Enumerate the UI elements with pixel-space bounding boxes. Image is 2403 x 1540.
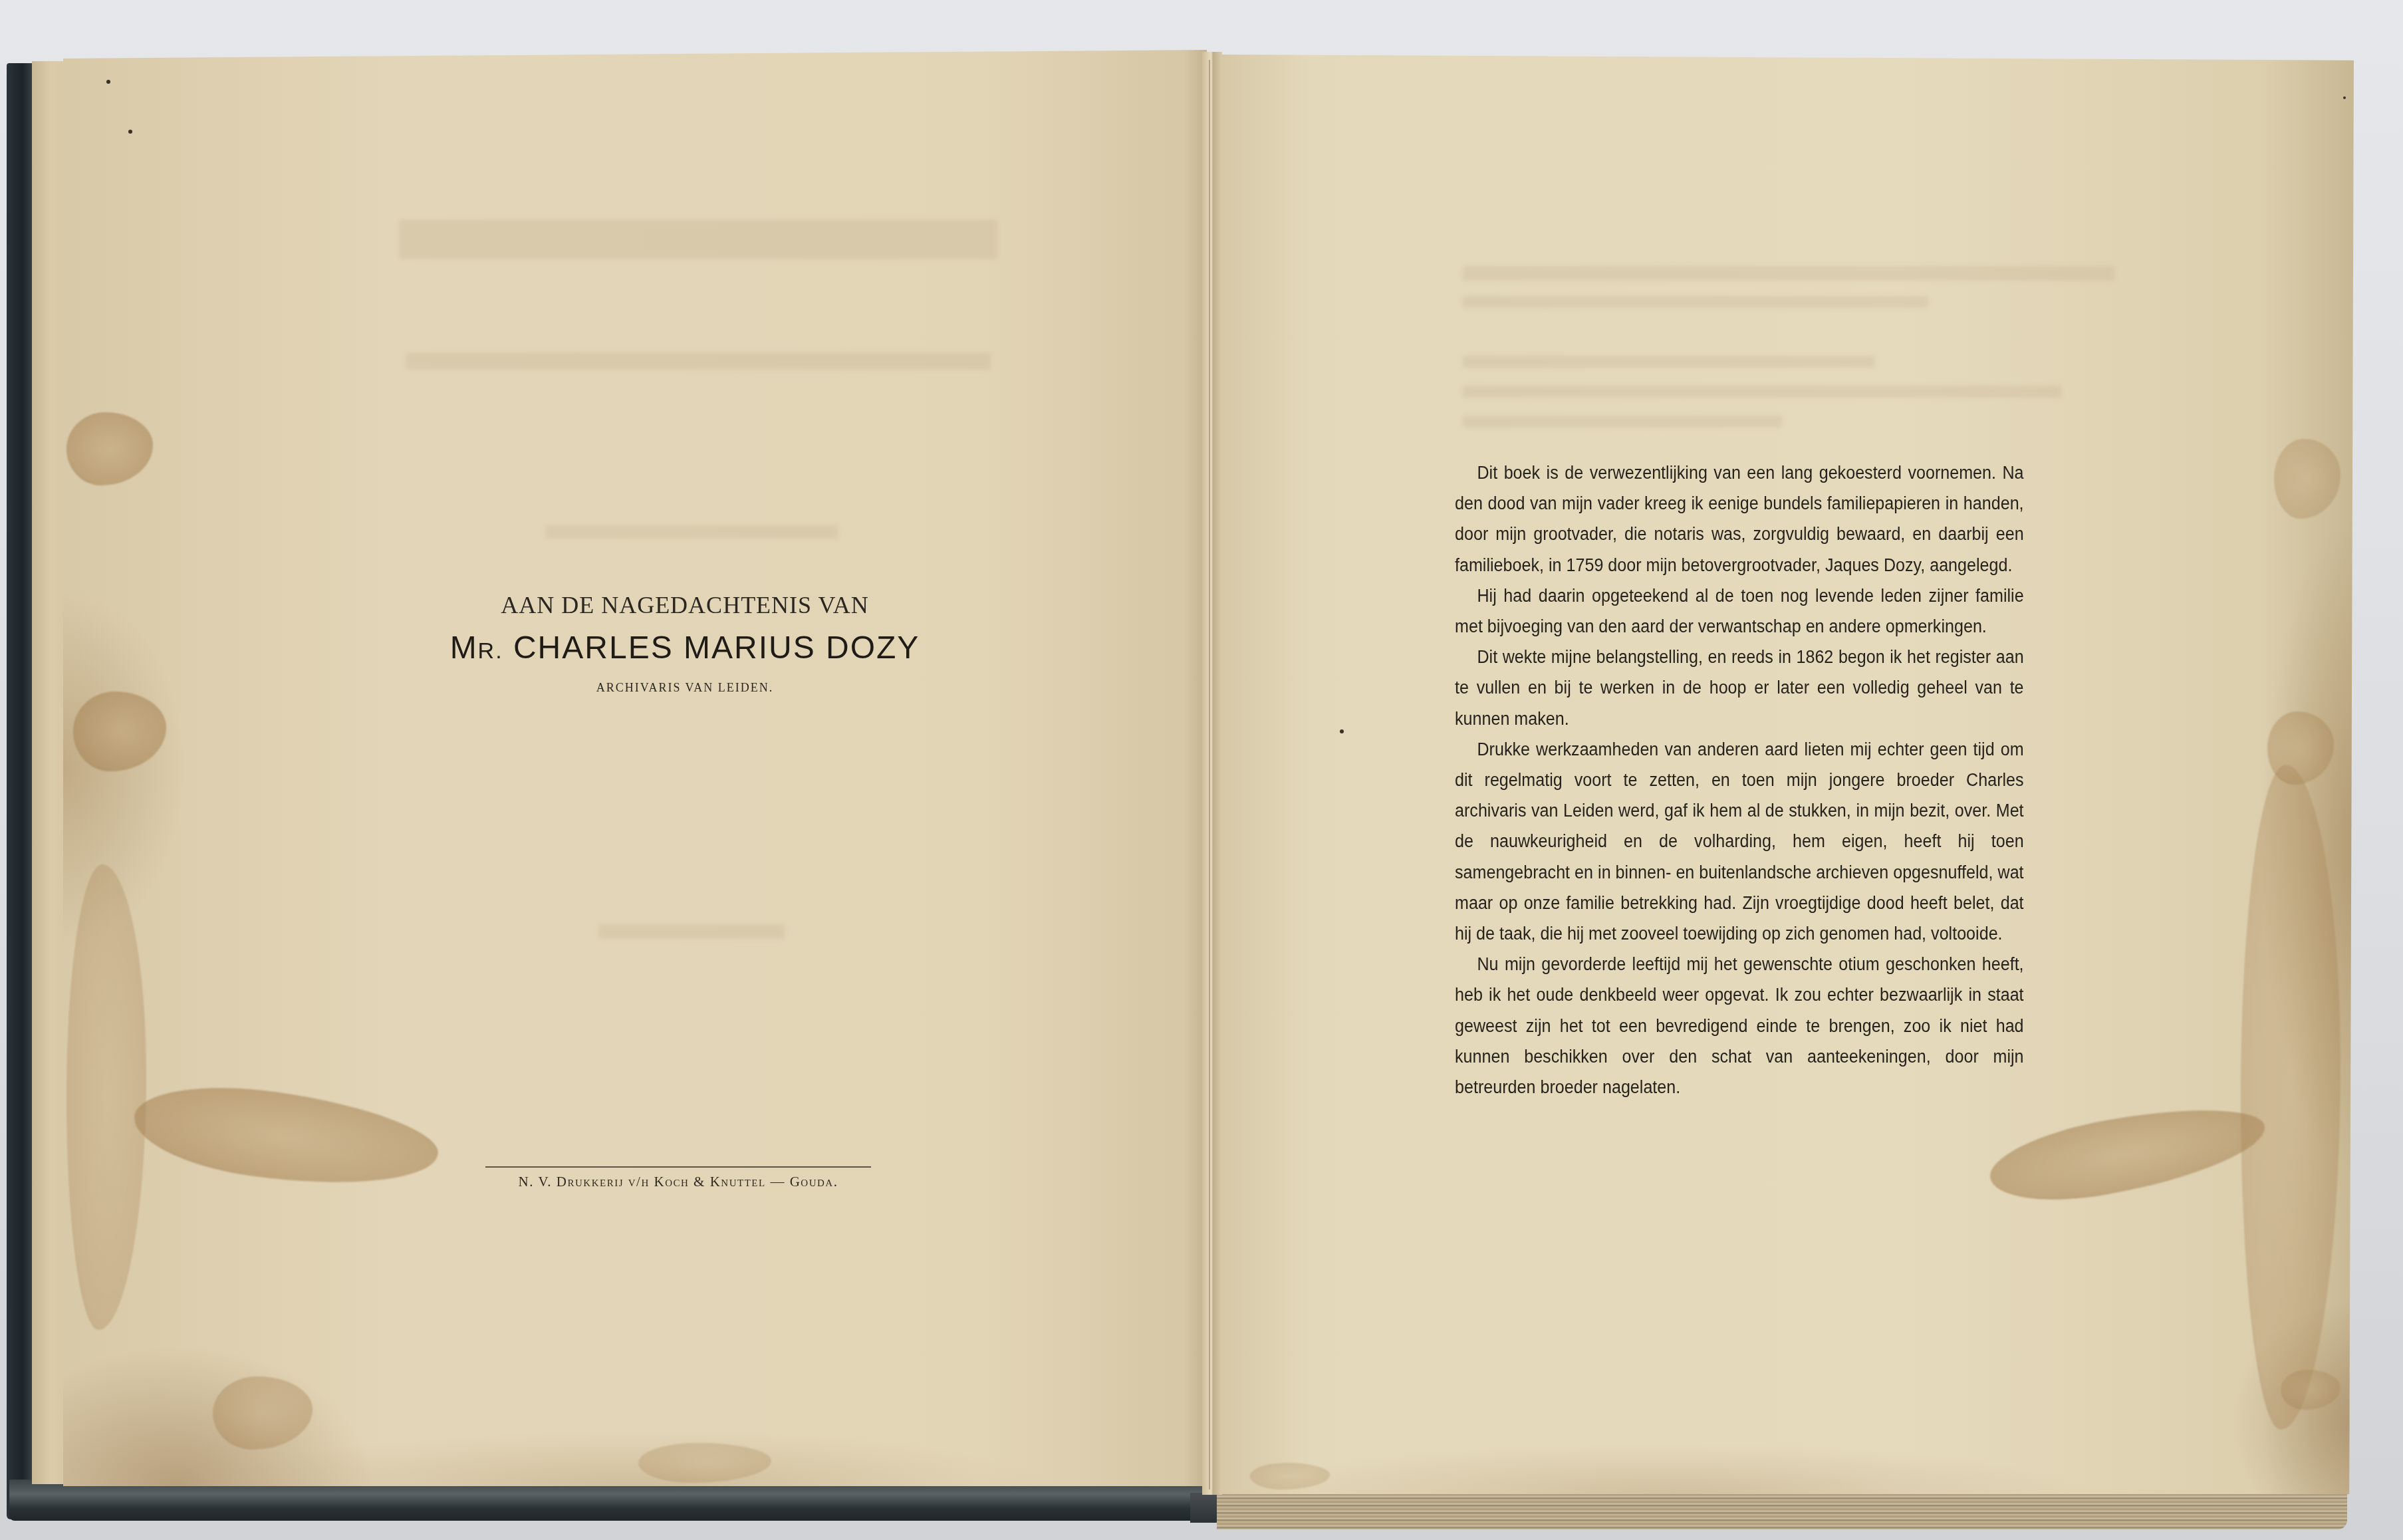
paper-fleck <box>128 130 132 134</box>
show-through-text <box>1463 266 2114 281</box>
preface-paragraph: Drukke werkzaamheden van anderen aard li… <box>1455 734 2024 949</box>
dedication-prefix-big: M <box>450 630 478 666</box>
show-through-text <box>598 924 785 939</box>
show-through-text <box>1463 386 2061 398</box>
dedication-name: CHARLES MARIUS DOZY <box>513 630 920 666</box>
show-through-text <box>406 352 991 370</box>
preface-paragraph: Dit wekte mijne belangstelling, en reeds… <box>1455 642 2024 734</box>
preface-paragraph: Nu mijn gevorderde leeftijd mij het gewe… <box>1455 949 2024 1102</box>
imprint-rule <box>485 1166 871 1168</box>
preface-text: Dit boek is de verwezentlijking van een … <box>1455 457 2024 1102</box>
paper-fleck <box>106 80 110 84</box>
show-through-text <box>1463 356 1875 368</box>
paper-fleck <box>1340 729 1344 733</box>
page-stack-edge <box>1217 1493 2347 1529</box>
book-cover-spine-edge <box>7 63 33 1519</box>
dedication-prefix-small: R. <box>478 638 503 664</box>
printer-imprint: N. V. Drukkerij v/h Koch & Knuttel — Gou… <box>492 1174 864 1190</box>
show-through-text <box>1463 416 1782 428</box>
preface-paragraph: Dit boek is de verwezentlijking van een … <box>1455 457 2024 580</box>
dedication-title: Archivaris van Leiden. <box>412 674 957 701</box>
paper-fleck <box>2343 96 2346 99</box>
dedication-block: AAN DE NAGEDACHTENIS VAN MR. CHARLES MAR… <box>412 585 957 701</box>
dedication-intro: AAN DE NAGEDACHTENIS VAN <box>412 585 957 625</box>
gutter-fold <box>1209 60 1210 1489</box>
show-through-text <box>1463 296 1928 308</box>
show-through-text <box>399 219 997 259</box>
gutter <box>1202 52 1222 1495</box>
show-through-text <box>545 525 838 539</box>
dedication-name-line: MR. CHARLES MARIUS DOZY <box>412 625 957 674</box>
left-page <box>63 50 1207 1486</box>
preface-paragraph: Hij had daarin opgeteekend al de toen no… <box>1455 580 2024 642</box>
